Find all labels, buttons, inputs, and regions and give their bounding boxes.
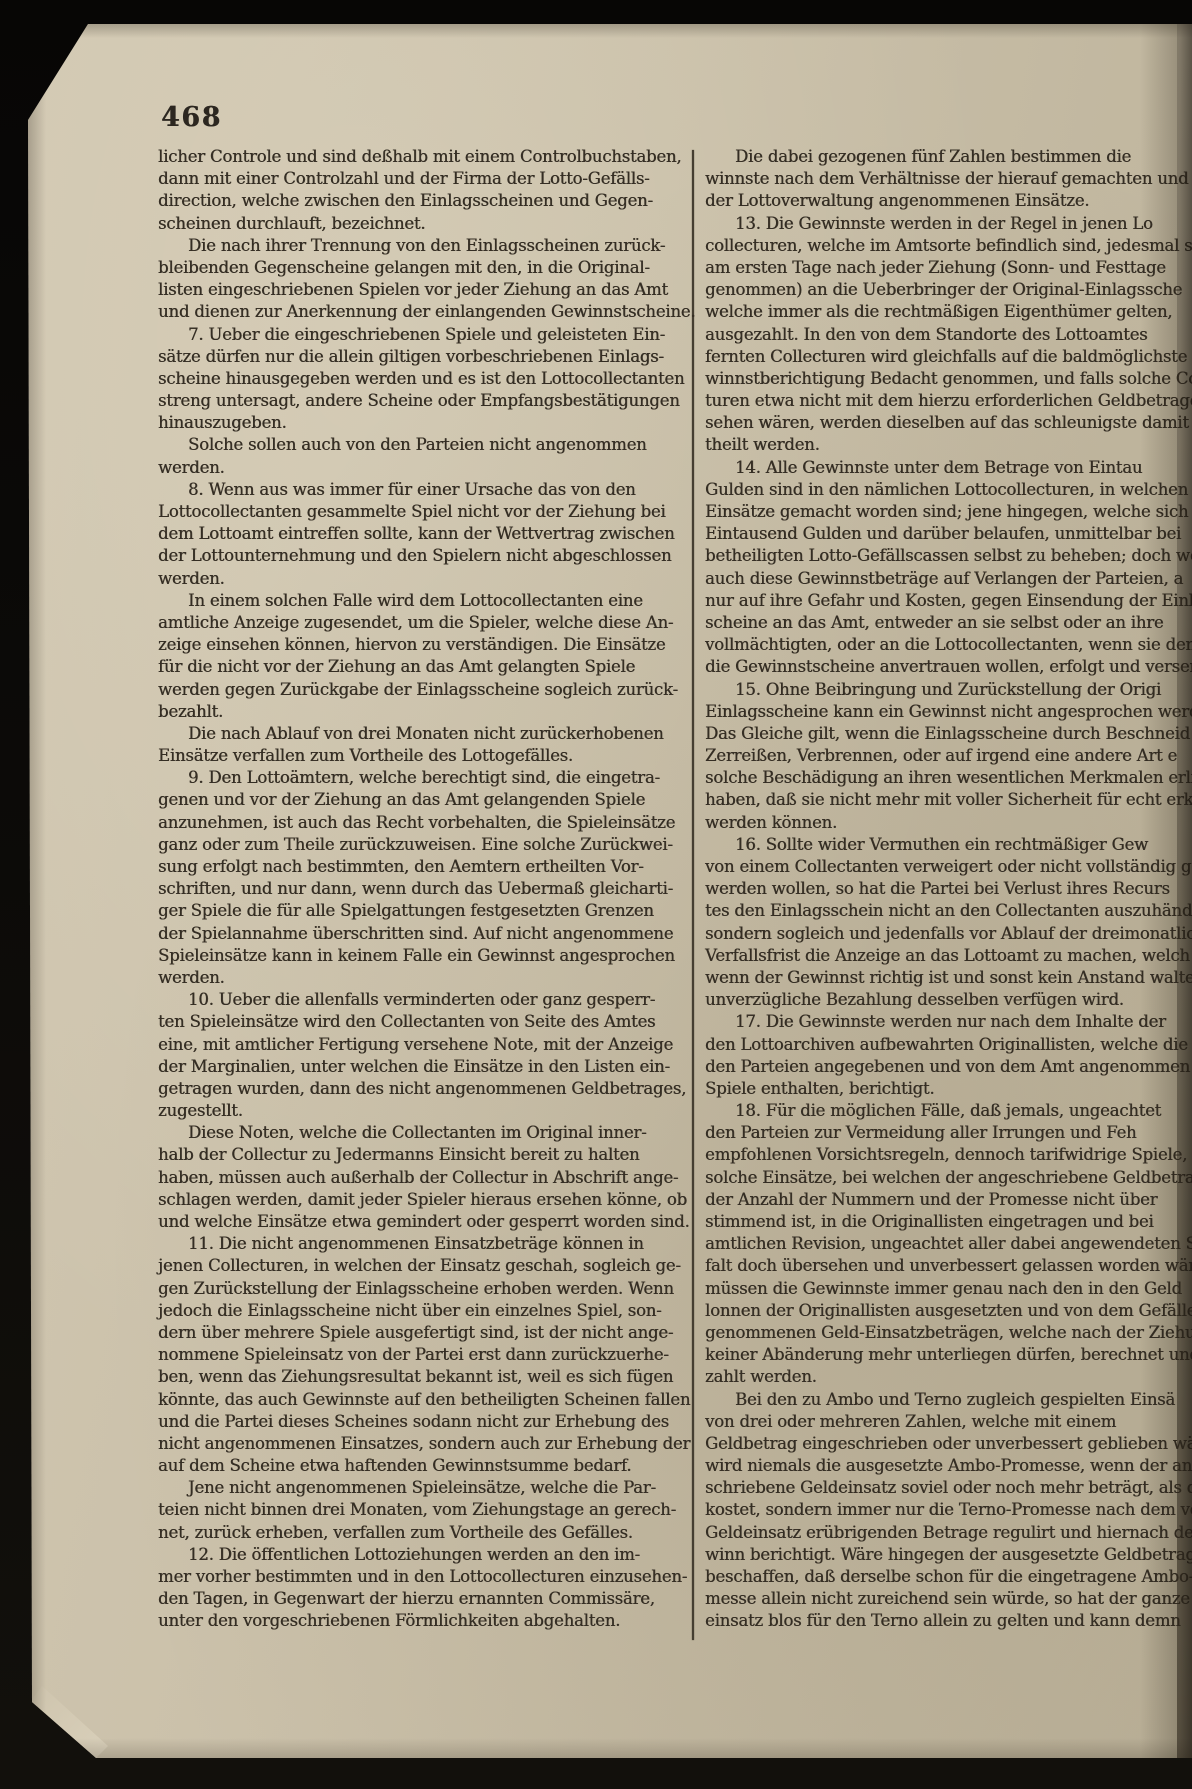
paragraph: Die dabei gezogenen fünf Zahlen bestimme… xyxy=(705,146,1192,213)
text-line: Zerreißen, Verbrennen, oder auf irgend e… xyxy=(705,745,1192,767)
paragraph: 10. Ueber die allenfalls verminderten od… xyxy=(158,989,694,1122)
text-line: bleibenden Gegenscheine gelangen mit den… xyxy=(158,257,694,279)
text-line: messe allein nicht zureichend sein würde… xyxy=(705,1588,1192,1610)
paragraph: Bei den zu Ambo und Terno zugleich gespi… xyxy=(705,1389,1192,1633)
text-line: schlagen werden, damit jeder Spieler hie… xyxy=(158,1189,694,1211)
text-line: der Marginalien, unter welchen die Einsä… xyxy=(158,1056,694,1078)
text-line: listen eingeschriebenen Spielen vor jede… xyxy=(158,279,694,301)
paragraph: 11. Die nicht angenommenen Einsatzbeträg… xyxy=(158,1233,694,1477)
paragraph: 7. Ueber die eingeschriebenen Spiele und… xyxy=(158,324,694,435)
text-line: von drei oder mehreren Zahlen, welche mi… xyxy=(705,1411,1192,1433)
text-line: der Lottoverwaltung angenommenen Einsätz… xyxy=(705,190,1192,212)
text-line: Die dabei gezogenen fünf Zahlen bestimme… xyxy=(705,146,1192,168)
text-line: vollmächtigten, oder an die Lottocollect… xyxy=(705,634,1192,656)
text-line: Jene nicht angenommenen Spieleinsätze, w… xyxy=(158,1477,694,1499)
paragraph: 18. Für die möglichen Fälle, daß jemals,… xyxy=(705,1100,1192,1388)
text-line: direction, welche zwischen den Einlagssc… xyxy=(158,190,694,212)
text-line: ganz oder zum Theile zurückzuweisen. Ein… xyxy=(158,834,694,856)
text-line: Die nach Ablauf von drei Monaten nicht z… xyxy=(158,723,694,745)
text-line: nicht angenommenen Einsatzes, sondern au… xyxy=(158,1433,694,1455)
text-line: werden können. xyxy=(705,812,1192,834)
text-line: am ersten Tage nach jeder Ziehung (Sonn-… xyxy=(705,257,1192,279)
text-line: haben, daß sie nicht mehr mit voller Sic… xyxy=(705,789,1192,811)
text-line: den Parteien zur Vermeidung aller Irrung… xyxy=(705,1122,1192,1144)
right-text-column: Die dabei gezogenen fünf Zahlen bestimme… xyxy=(705,146,1192,1633)
text-line: 14. Alle Gewinnste unter dem Betrage von… xyxy=(705,457,1192,479)
text-line: Einsätze gemacht worden sind; jene hinge… xyxy=(705,501,1192,523)
text-line: die Gewinnstscheine anvertrauen wollen, … xyxy=(705,656,1192,678)
text-line: sondern sogleich und jedenfalls vor Abla… xyxy=(705,923,1192,945)
text-line: net, zurück erheben, verfallen zum Vorth… xyxy=(158,1522,694,1544)
text-line: 9. Den Lottoämtern, welche berechtigt si… xyxy=(158,767,694,789)
text-line: genommenen Geld-Einsatzbeträgen, welche … xyxy=(705,1322,1192,1344)
text-line: haben, müssen auch außerhalb der Collect… xyxy=(158,1167,694,1189)
text-line: Bei den zu Ambo und Terno zugleich gespi… xyxy=(705,1389,1192,1411)
text-line: empfohlenen Vorsichtsregeln, dennoch tar… xyxy=(705,1144,1192,1166)
text-line: solche Einsätze, bei welchen der angesch… xyxy=(705,1167,1192,1189)
page-number: 468 xyxy=(161,102,222,133)
text-line: auf dem Scheine etwa haftenden Gewinnsts… xyxy=(158,1455,694,1477)
text-line: Gulden sind in den nämlichen Lottocollec… xyxy=(705,479,1192,501)
paragraph: 14. Alle Gewinnste unter dem Betrage von… xyxy=(705,457,1192,679)
left-text-column: licher Controle und sind deßhalb mit ein… xyxy=(158,146,694,1633)
text-line: solche Beschädigung an ihren wesentliche… xyxy=(705,767,1192,789)
text-line: Einlagsscheine kann ein Gewinnst nicht a… xyxy=(705,701,1192,723)
text-line: 10. Ueber die allenfalls verminderten od… xyxy=(158,989,694,1011)
paragraph: Die nach ihrer Trennung von den Einlagss… xyxy=(158,235,694,324)
text-line: schriebene Geldeinsatz soviel oder noch … xyxy=(705,1477,1192,1499)
text-line: turen etwa nicht mit dem hierzu erforder… xyxy=(705,390,1192,412)
text-line: Die nach ihrer Trennung von den Einlagss… xyxy=(158,235,694,257)
text-line: falt doch übersehen und unverbessert gel… xyxy=(705,1255,1192,1277)
text-line: gen Zurückstellung der Einlagsscheine er… xyxy=(158,1278,694,1300)
paragraph: 15. Ohne Beibringung und Zurückstellung … xyxy=(705,679,1192,834)
paragraph: Diese Noten, welche die Collectanten im … xyxy=(158,1122,694,1233)
paragraph: 9. Den Lottoämtern, welche berechtigt si… xyxy=(158,767,694,989)
book-page: 468 licher Controle und sind deßhalb mit… xyxy=(28,24,1192,1758)
text-line: licher Controle und sind deßhalb mit ein… xyxy=(158,146,694,168)
text-line: Einsätze verfallen zum Vortheile des Lot… xyxy=(158,745,694,767)
text-line: winn berichtigt. Wäre hingegen der ausge… xyxy=(705,1544,1192,1566)
text-line: unter den vorgeschriebenen Förmlichkeite… xyxy=(158,1610,694,1632)
text-line: sehen wären, werden dieselben auf das sc… xyxy=(705,412,1192,434)
paragraph: licher Controle und sind deßhalb mit ein… xyxy=(158,146,694,235)
text-line: bezahlt. xyxy=(158,701,694,723)
text-line: theilt werden. xyxy=(705,434,1192,456)
text-line: streng untersagt, andere Scheine oder Em… xyxy=(158,390,694,412)
text-line: genen und vor der Ziehung an das Amt gel… xyxy=(158,789,694,811)
text-line: hinauszugeben. xyxy=(158,412,694,434)
text-line: 7. Ueber die eingeschriebenen Spiele und… xyxy=(158,324,694,346)
text-line: amtlichen Revision, ungeachtet aller dab… xyxy=(705,1233,1192,1255)
corner-fold xyxy=(28,1674,124,1758)
text-line: Spiele enthalten, berichtigt. xyxy=(705,1078,1192,1100)
text-line: getragen wurden, dann des nicht angenomm… xyxy=(158,1078,694,1100)
text-line: 15. Ohne Beibringung und Zurückstellung … xyxy=(705,679,1192,701)
text-line: werden. xyxy=(158,568,694,590)
text-line: mer vorher bestimmten und in den Lottoco… xyxy=(158,1566,694,1588)
text-line: Diese Noten, welche die Collectanten im … xyxy=(158,1122,694,1144)
text-line: zeige einsehen können, hiervon zu verstä… xyxy=(158,634,694,656)
text-line: sätze dürfen nur die allein giltigen vor… xyxy=(158,346,694,368)
text-line: werden. xyxy=(158,457,694,479)
paragraph: Solche sollen auch von den Parteien nich… xyxy=(158,434,694,478)
text-line: halb der Collectur zu Jedermanns Einsich… xyxy=(158,1144,694,1166)
text-line: welche immer als die rechtmäßigen Eigent… xyxy=(705,301,1192,323)
text-line: Verfallsfrist die Anzeige an das Lottoam… xyxy=(705,945,1192,967)
scan-background: 468 licher Controle und sind deßhalb mit… xyxy=(0,0,1192,1789)
text-line: scheinen durchlauft, bezeichnet. xyxy=(158,213,694,235)
text-line: 16. Sollte wider Vermuthen ein rechtmäßi… xyxy=(705,834,1192,856)
text-line: keiner Abänderung mehr unterliegen dürfe… xyxy=(705,1344,1192,1366)
text-line: wird niemals die ausgesetzte Ambo-Promes… xyxy=(705,1455,1192,1477)
text-line: Das Gleiche gilt, wenn die Einlagsschein… xyxy=(705,723,1192,745)
text-line: auch diese Gewinnstbeträge auf Verlangen… xyxy=(705,568,1192,590)
text-line: stimmend ist, in die Originallisten eing… xyxy=(705,1211,1192,1233)
text-line: 12. Die öffentlichen Lottoziehungen werd… xyxy=(158,1544,694,1566)
text-line: Geldeinsatz erübrigenden Betrage regulir… xyxy=(705,1522,1192,1544)
text-line: zahlt werden. xyxy=(705,1366,1192,1388)
paragraph: 8. Wenn aus was immer für einer Ursache … xyxy=(158,479,694,590)
text-line: und dienen zur Anerkennung der einlangen… xyxy=(158,301,694,323)
text-line: ausgezahlt. In den von dem Standorte des… xyxy=(705,324,1192,346)
text-line: schriften, und nur dann, wenn durch das … xyxy=(158,878,694,900)
text-line: werden. xyxy=(158,967,694,989)
text-line: unverzügliche Bezahlung desselben verfüg… xyxy=(705,989,1192,1011)
text-line: Spieleinsätze kann in keinem Falle ein G… xyxy=(158,945,694,967)
text-line: jenen Collecturen, in welchen der Einsat… xyxy=(158,1255,694,1277)
text-line: dern über mehrere Spiele ausgefertigt si… xyxy=(158,1322,694,1344)
text-line: tes den Einlagsschein nicht an den Colle… xyxy=(705,900,1192,922)
text-line: 17. Die Gewinnste werden nur nach dem In… xyxy=(705,1011,1192,1033)
text-line: könnte, das auch Gewinnste auf den bethe… xyxy=(158,1389,694,1411)
text-line: dem Lottoamt eintreffen sollte, kann der… xyxy=(158,523,694,545)
text-line: ben, wenn das Ziehungsresultat bekannt i… xyxy=(158,1366,694,1388)
text-line: scheine an das Amt, entweder an sie selb… xyxy=(705,612,1192,634)
paragraph: Die nach Ablauf von drei Monaten nicht z… xyxy=(158,723,694,767)
text-line: nur auf ihre Gefahr und Kosten, gegen Ei… xyxy=(705,590,1192,612)
text-line: den Tagen, in Gegenwart der hierzu ernan… xyxy=(158,1588,694,1610)
text-line: ger Spiele die für alle Spielgattungen f… xyxy=(158,900,694,922)
paragraph: 12. Die öffentlichen Lottoziehungen werd… xyxy=(158,1544,694,1633)
text-line: und die Partei dieses Scheines sodann ni… xyxy=(158,1411,694,1433)
text-line: werden wollen, so hat die Partei bei Ver… xyxy=(705,878,1192,900)
text-line: der Spielannahme überschritten sind. Auf… xyxy=(158,923,694,945)
text-line: scheine hinausgegeben werden und es ist … xyxy=(158,368,694,390)
text-line: 8. Wenn aus was immer für einer Ursache … xyxy=(158,479,694,501)
text-line: fernten Collecturen wird gleichfalls auf… xyxy=(705,346,1192,368)
text-line: zugestellt. xyxy=(158,1100,694,1122)
text-line: und welche Einsätze etwa gemindert oder … xyxy=(158,1211,694,1233)
text-line: den Parteien angegebenen und von dem Amt… xyxy=(705,1056,1192,1078)
text-line: lonnen der Originallisten ausgesetzten u… xyxy=(705,1300,1192,1322)
text-line: betheiligten Lotto-Gefällscassen selbst … xyxy=(705,545,1192,567)
text-line: winnste nach dem Verhältnisse der hierau… xyxy=(705,168,1192,190)
text-line: für die nicht vor der Ziehung an das Amt… xyxy=(158,656,694,678)
text-line: Geldbetrag eingeschrieben oder unverbess… xyxy=(705,1433,1192,1455)
text-line: winnstberichtigung Bedacht genommen, und… xyxy=(705,368,1192,390)
text-line: ten Spieleinsätze wird den Collectanten … xyxy=(158,1011,694,1033)
text-line: 11. Die nicht angenommenen Einsatzbeträg… xyxy=(158,1233,694,1255)
text-line: Solche sollen auch von den Parteien nich… xyxy=(158,434,694,456)
text-line: anzunehmen, ist auch das Recht vorbehalt… xyxy=(158,812,694,834)
text-line: dann mit einer Controlzahl und der Firma… xyxy=(158,168,694,190)
text-line: jedoch die Einlagsscheine nicht über ein… xyxy=(158,1300,694,1322)
text-line: wenn der Gewinnst richtig ist und sonst … xyxy=(705,967,1192,989)
text-line: nommene Spieleinsatz von der Partei erst… xyxy=(158,1344,694,1366)
paragraph: 13. Die Gewinnste werden in der Regel in… xyxy=(705,213,1192,457)
text-line: Lottocollectanten gesammelte Spiel nicht… xyxy=(158,501,694,523)
text-line: sung erfolgt nach bestimmten, den Aemter… xyxy=(158,856,694,878)
text-line: collecturen, welche im Amtsorte befindli… xyxy=(705,235,1192,257)
paragraph: In einem solchen Falle wird dem Lottocol… xyxy=(158,590,694,723)
text-line: einsatz blos für den Terno allein zu gel… xyxy=(705,1610,1192,1632)
text-line: der Anzahl der Nummern und der Promesse … xyxy=(705,1189,1192,1211)
text-line: genommen) an die Ueberbringer der Origin… xyxy=(705,279,1192,301)
text-line: kostet, sondern immer nur die Terno-Prom… xyxy=(705,1499,1192,1521)
text-line: der Lottounternehmung und den Spielern n… xyxy=(158,545,694,567)
text-line: teien nicht binnen drei Monaten, vom Zie… xyxy=(158,1499,694,1521)
text-line: von einem Collectanten verweigert oder n… xyxy=(705,856,1192,878)
text-line: Eintausend Gulden und darüber belaufen, … xyxy=(705,523,1192,545)
paragraph: Jene nicht angenommenen Spieleinsätze, w… xyxy=(158,1477,694,1544)
text-line: eine, mit amtlicher Fertigung versehene … xyxy=(158,1034,694,1056)
text-line: amtliche Anzeige zugesendet, um die Spie… xyxy=(158,612,694,634)
text-line: 13. Die Gewinnste werden in der Regel in… xyxy=(705,213,1192,235)
text-line: 18. Für die möglichen Fälle, daß jemals,… xyxy=(705,1100,1192,1122)
paragraph: 16. Sollte wider Vermuthen ein rechtmäßi… xyxy=(705,834,1192,1012)
text-line: den Lottoarchiven aufbewahrten Originall… xyxy=(705,1034,1192,1056)
text-line: müssen die Gewinnste immer genau nach de… xyxy=(705,1278,1192,1300)
paragraph: 17. Die Gewinnste werden nur nach dem In… xyxy=(705,1011,1192,1100)
text-line: In einem solchen Falle wird dem Lottocol… xyxy=(158,590,694,612)
text-line: beschaffen, daß derselbe schon für die e… xyxy=(705,1566,1192,1588)
text-line: werden gegen Zurückgabe der Einlagsschei… xyxy=(158,679,694,701)
